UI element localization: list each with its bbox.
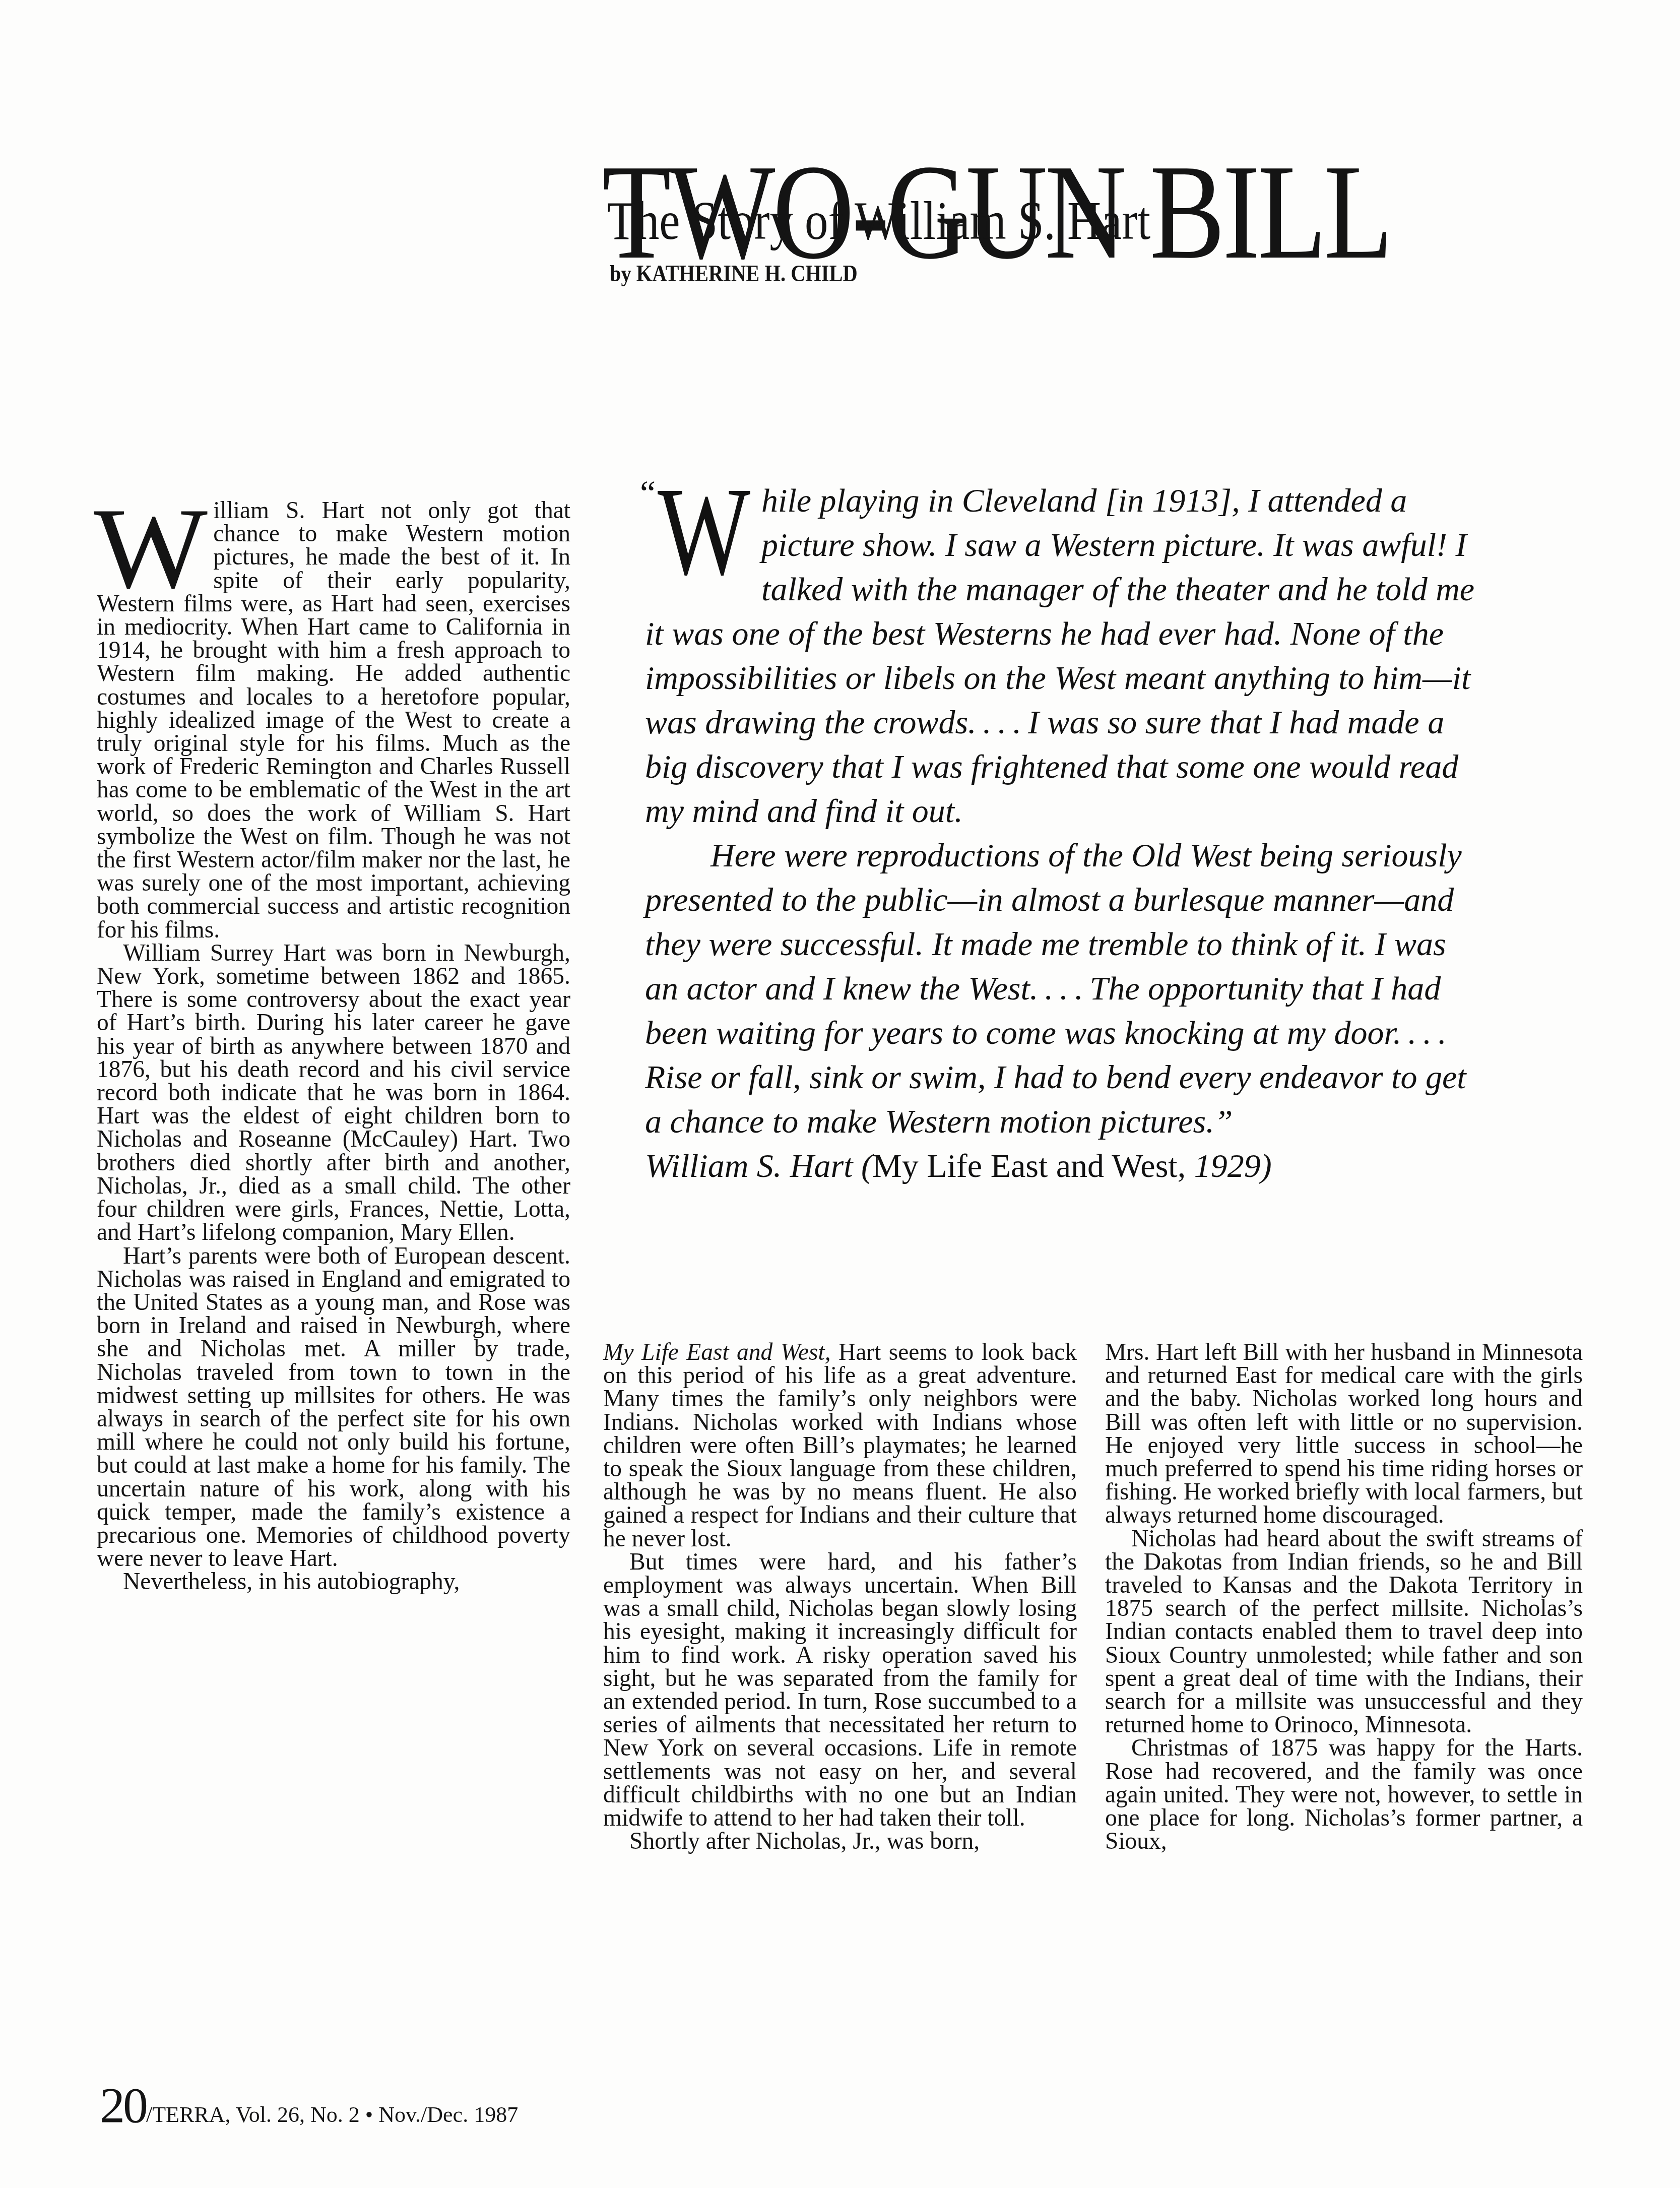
pull-quote-text-1: hile playing in Cleveland [in 1913], I a… — [645, 482, 1474, 830]
byline: by KATHERINE H. CHILD — [610, 262, 858, 285]
article-column-right: Mrs. Hart left Bill with her husband in … — [1105, 1341, 1583, 1853]
article-paragraph: William Surrey Hart was born in New­burg… — [97, 942, 570, 1244]
article-drop-cap: W — [94, 506, 208, 592]
article-paragraph: Mrs. Hart left Bill with her husband in … — [1105, 1341, 1583, 1527]
pull-quote-attribution: William S. Hart (My Life East and West, … — [645, 1144, 1476, 1189]
pull-quote-drop-cap: W — [658, 484, 728, 580]
article-column-left: W illiam S. Hart not only got that chanc… — [97, 499, 570, 1594]
article-paragraph: W illiam S. Hart not only got that chanc… — [97, 499, 570, 942]
article-column-middle: My Life East and West, Hart seems to loo… — [603, 1341, 1077, 1853]
article-paragraph: Nicholas had heard about the swift strea… — [1105, 1527, 1583, 1737]
attribution-author: William S. Hart ( — [645, 1148, 872, 1184]
article-paragraph: But times were hard, and his father’s em… — [603, 1550, 1077, 1830]
page-footer: 20/TERRA, Vol. 26, No. 2 • Nov./Dec. 198… — [100, 2080, 518, 2131]
open-quote-mark: “ — [640, 479, 656, 509]
publication-folio: /TERRA, Vol. 26, No. 2 • Nov./Dec. 1987 — [146, 2102, 518, 2127]
book-title-reference: My Life East and West, — [603, 1339, 831, 1365]
pull-quote-paragraph-1: “ W hile playing in Cleveland [in 1913],… — [645, 479, 1476, 834]
article-paragraph: Shortly after Nicholas, Jr., was born, — [603, 1830, 1077, 1853]
article-paragraph: Hart’s parents were both of European des… — [97, 1244, 570, 1571]
pull-quote: “ W hile playing in Cleveland [in 1913],… — [645, 479, 1476, 1189]
article-paragraph-text: Hart seems to look back on this period o… — [603, 1339, 1077, 1552]
attribution-year: 1929) — [1186, 1148, 1271, 1184]
article-paragraph: Nevertheless, in his autobiography, — [97, 1570, 570, 1593]
attribution-book-title: My Life East and West, — [872, 1148, 1186, 1184]
page-number: 20 — [100, 2077, 146, 2133]
article-paragraph: Christmas of 1875 was happy for the Hart… — [1105, 1736, 1583, 1853]
pull-quote-paragraph-2: Here were reproductions of the Old West … — [645, 834, 1476, 1144]
article-subtitle: The Story of William S. Hart — [607, 194, 1150, 248]
article-paragraph: My Life East and West, Hart seems to loo… — [603, 1341, 1077, 1550]
